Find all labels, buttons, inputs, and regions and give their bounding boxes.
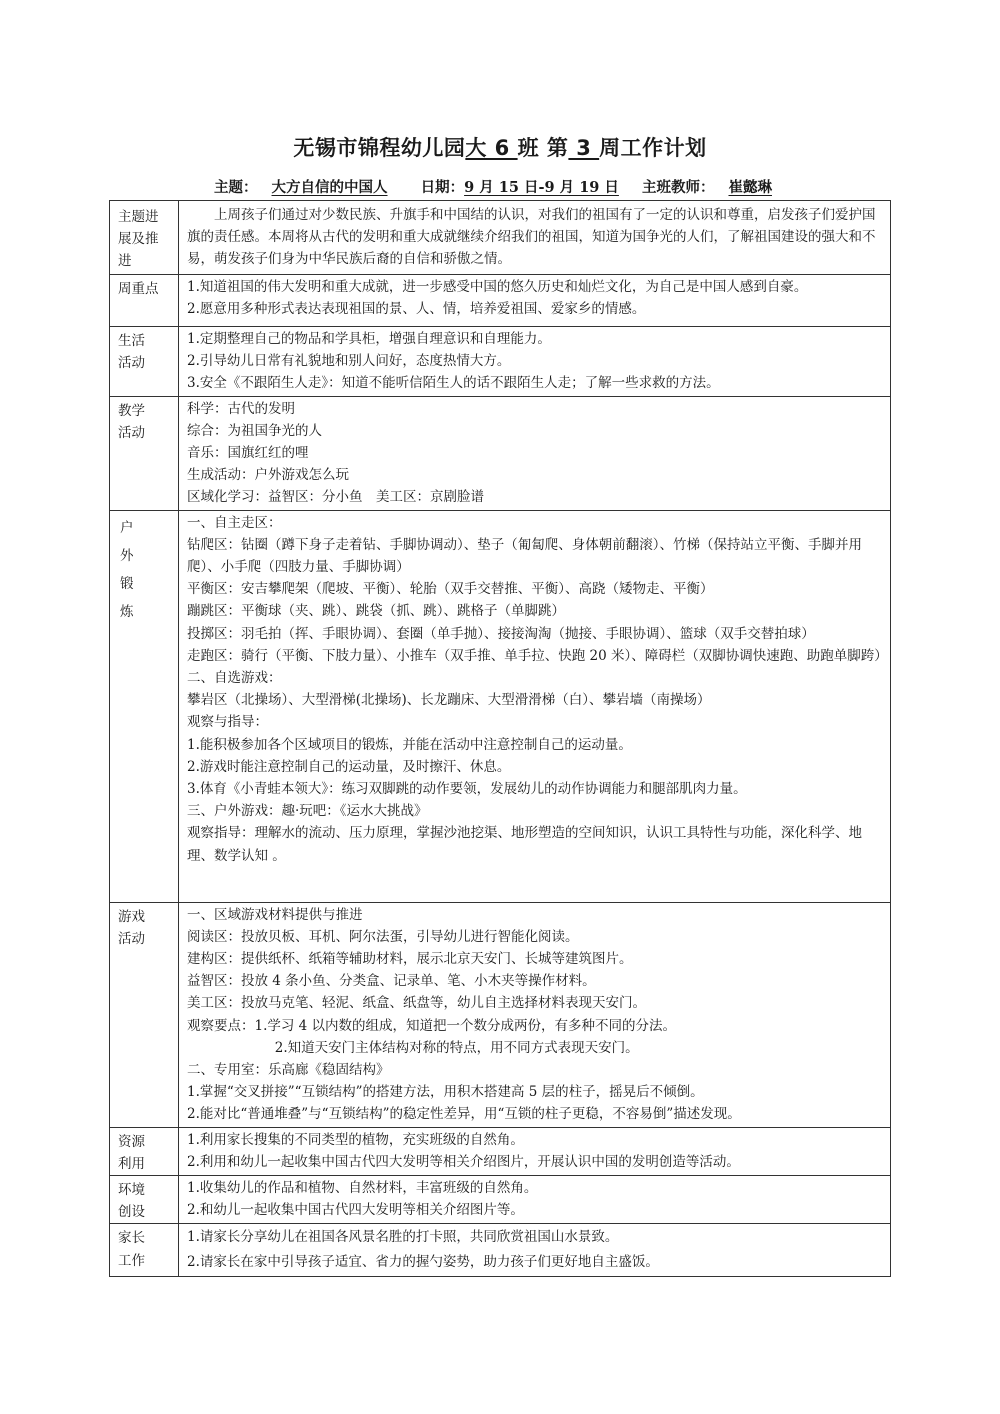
content-line: 蹦跳区：平衡球（夹、跳）、跳袋（抓、跳）、跳格子（单脚跳） <box>187 600 884 622</box>
label-line: 户 <box>118 514 178 542</box>
teacher-label: 主班教师： <box>642 179 715 196</box>
content-line: 钻爬区：钻圈（蹲下身子走着钻、手脚协调动）、垫子（匍匐爬、身体朝前翻滚）、竹梯（… <box>187 534 884 578</box>
table-row-games: 游戏 活动 一、区域游戏材料提供与推进 阅读区：投放贝板、耳机、阿尔法蛋，引导幼… <box>110 902 891 1127</box>
content-line: 综合：为祖国争光的人 <box>187 420 884 442</box>
content-line: 观察要点：1.学习 4 以内数的组成，知道把一个数分成两份，有多种不同的分法。 <box>187 1015 884 1037</box>
content-line: 1.收集幼儿的作品和植物、自然材料，丰富班级的自然角。 <box>187 1177 884 1199</box>
content-line: 2.知道天安门主体结构对称的特点，用不同方式表现天安门。 <box>187 1037 884 1059</box>
content-line: 一、区域游戏材料提供与推进 <box>187 904 884 926</box>
row-content-environment: 1.收集幼儿的作品和植物、自然材料，丰富班级的自然角。 2.和幼儿一起收集中国古… <box>179 1176 891 1224</box>
row-content-parents: 1.请家长分享幼儿在祖国各风景名胜的打卡照，共同欣赏祖国山水景致。 2.请家长在… <box>179 1224 891 1277</box>
page-title: 无锡市锦程幼儿园大 6 班 第 3 周工作计划 <box>0 132 1000 162</box>
table-row-daily-life: 生活 活动 1.定期整理自己的物品和学具柜，增强自理意识和自理能力。 2.引导幼… <box>110 327 891 397</box>
content-line: 攀岩区（北操场）、大型滑梯(北操场)、长龙蹦床、大型滑滑梯（白）、攀岩墙（南操场… <box>187 689 884 711</box>
content-line: 3.体育《小青蛙本领大》：练习双脚跳的动作要领，发展幼儿的动作协调能力和腿部肌肉… <box>187 778 884 800</box>
title-suffix: 周工作计划 <box>599 136 707 160</box>
content-line: 1.能积极参加各个区域项目的锻炼，并能在活动中注意控制自己的运动量。 <box>187 734 884 756</box>
content-line: 三、户外游戏：趣·玩吧：《运水大挑战》 <box>187 800 884 822</box>
label-line: 利用 <box>118 1153 178 1175</box>
theme-value: 大方自信的中国人 <box>258 176 402 197</box>
content-line: 3.安全《不跟陌生人走》：知道不能听信陌生人的话不跟陌生人走；了解一些求救的方法… <box>187 372 884 394</box>
row-content-outdoor-exercise: 一、自主走区： 钻爬区：钻圈（蹲下身子走着钻、手脚协调动）、垫子（匍匐爬、身体朝… <box>179 510 891 902</box>
date-value: 9 月 15 日-9 月 19 日 <box>464 176 623 197</box>
content-line: 建构区：提供纸杯、纸箱等辅助材料，展示北京天安门、长城等建筑图片。 <box>187 948 884 970</box>
content-line: 2.利用和幼儿一起收集中国古代四大发明等相关介绍图片，开展认识中国的发明创造等活… <box>187 1151 884 1173</box>
row-content-daily-life: 1.定期整理自己的物品和学具柜，增强自理意识和自理能力。 2.引导幼儿日常有礼貌… <box>179 327 891 397</box>
theme-label: 主题： <box>214 179 258 196</box>
content-line: 投掷区：羽毛拍（挥、手眼协调）、套圈（单手抛）、接接淘淘（抛接、手眼协调）、篮球… <box>187 623 884 645</box>
row-label-resources: 资源 利用 <box>110 1127 179 1175</box>
week-number: 3 <box>568 136 599 160</box>
label-line: 进 <box>118 250 178 272</box>
content-line: 上周孩子们通过对少数民族、升旗手和中国结的认识，对我们的祖国有了一定的认识和尊重… <box>187 204 884 271</box>
label-line: 家长 <box>118 1227 178 1249</box>
class-name: 大 6 <box>465 136 517 160</box>
row-content-teaching: 科学：古代的发明 综合：为祖国争光的人 音乐：国旗红红的哩 生成活动：户外游戏怎… <box>179 396 891 510</box>
label-line: 游戏 <box>118 906 178 928</box>
table-row-resources: 资源 利用 1.利用家长搜集的不同类型的植物，充实班级的自然角。 2.利用和幼儿… <box>110 1127 891 1175</box>
label-line: 工作 <box>118 1250 178 1272</box>
row-content-theme-progress: 上周孩子们通过对少数民族、升旗手和中国结的认识，对我们的祖国有了一定的认识和尊重… <box>179 201 891 275</box>
content-line: 平衡区：安吉攀爬架（爬坡、平衡）、轮胎（双手交替推、平衡）、高跷（矮物走、平衡） <box>187 578 884 600</box>
row-content-games: 一、区域游戏材料提供与推进 阅读区：投放贝板、耳机、阿尔法蛋，引导幼儿进行智能化… <box>179 902 891 1127</box>
class-suffix: 班 第 <box>518 136 569 160</box>
label-line: 展及推 <box>118 228 178 250</box>
content-line: 科学：古代的发明 <box>187 398 884 420</box>
content-line: 1.掌握“交叉拼接”“互锁结构”的搭建方法，用积木搭建高 5 层的柱子，摇晃后不… <box>187 1081 884 1103</box>
content-line: 1.知道祖国的伟大发明和重大成就，进一步感受中国的悠久历史和灿烂文化，为自己是中… <box>187 276 884 298</box>
label-line: 资源 <box>118 1131 178 1153</box>
content-line: 2.和幼儿一起收集中国古代四大发明等相关介绍图片等。 <box>187 1199 884 1221</box>
row-label-weekly-focus: 周重点 <box>110 275 179 327</box>
weekly-plan-table: 主题进 展及推 进 上周孩子们通过对少数民族、升旗手和中国结的认识，对我们的祖国… <box>109 200 891 1277</box>
content-line: 2.游戏时能注意控制自己的运动量，及时擦汗、休息。 <box>187 756 884 778</box>
content-line: 益智区：投放 4 条小鱼、分类盒、记录单、笔、小木夹等操作材料。 <box>187 970 884 992</box>
label-line: 创设 <box>118 1201 178 1223</box>
content-line: 2.引导幼儿日常有礼貌地和别人问好，态度热情大方。 <box>187 350 884 372</box>
table-row-theme-progress: 主题进 展及推 进 上周孩子们通过对少数民族、升旗手和中国结的认识，对我们的祖国… <box>110 201 891 275</box>
row-label-games: 游戏 活动 <box>110 902 179 1127</box>
label-line: 外 <box>118 542 178 570</box>
row-label-outdoor-exercise: 户 外 锻 炼 <box>110 510 179 902</box>
row-content-weekly-focus: 1.知道祖国的伟大发明和重大成就，进一步感受中国的悠久历史和灿烂文化，为自己是中… <box>179 275 891 327</box>
content-line: 二、自选游戏： <box>187 667 884 689</box>
table-row-teaching: 教学 活动 科学：古代的发明 综合：为祖国争光的人 音乐：国旗红红的哩 生成活动… <box>110 396 891 510</box>
row-content-resources: 1.利用家长搜集的不同类型的植物，充实班级的自然角。 2.利用和幼儿一起收集中国… <box>179 1127 891 1175</box>
content-line: 阅读区：投放贝板、耳机、阿尔法蛋，引导幼儿进行智能化阅读。 <box>187 926 884 948</box>
content-line: 走跑区：骑行（平衡、下肢力量）、小推车（双手推、单手拉、快跑 20 米）、障碍栏… <box>187 645 884 667</box>
content-line: 2.愿意用多种形式表达表现祖国的景、人、情，培养爱祖国、爱家乡的情感。 <box>187 298 884 320</box>
label-line: 教学 <box>118 400 178 422</box>
row-label-teaching: 教学 活动 <box>110 396 179 510</box>
label-line: 主题进 <box>118 206 178 228</box>
content-line: 区域化学习：益智区：分小鱼 美工区：京剧脸谱 <box>187 486 884 508</box>
row-label-theme-progress: 主题进 展及推 进 <box>110 201 179 275</box>
kindergarten-name: 无锡市锦程幼儿园 <box>293 136 465 160</box>
label-line: 生活 <box>118 330 178 352</box>
row-label-environment: 环境 创设 <box>110 1176 179 1224</box>
row-label-parents: 家长 工作 <box>110 1224 179 1277</box>
table-row-parents: 家长 工作 1.请家长分享幼儿在祖国各风景名胜的打卡照，共同欣赏祖国山水景致。 … <box>110 1224 891 1277</box>
row-label-daily-life: 生活 活动 <box>110 327 179 397</box>
label-line: 活动 <box>118 422 178 444</box>
label-line: 环境 <box>118 1179 178 1201</box>
label-line: 炼 <box>118 598 178 626</box>
content-line: 生成活动：户外游戏怎么玩 <box>187 464 884 486</box>
content-line: 美工区：投放马克笔、轻泥、纸盒、纸盘等，幼儿自主选择材料表现天安门。 <box>187 992 884 1014</box>
table-row-weekly-focus: 周重点 1.知道祖国的伟大发明和重大成就，进一步感受中国的悠久历史和灿烂文化，为… <box>110 275 891 327</box>
content-line: 1.请家长分享幼儿在祖国各风景名胜的打卡照，共同欣赏祖国山水景致。 <box>187 1225 884 1250</box>
content-line: 2.请家长在家中引导孩子适宜、省力的握勺姿势，助力孩子们更好地自主盛饭。 <box>187 1250 884 1275</box>
table-row-environment: 环境 创设 1.收集幼儿的作品和植物、自然材料，丰富班级的自然角。 2.和幼儿一… <box>110 1176 891 1224</box>
label-line: 活动 <box>118 352 178 374</box>
content-line: 1.利用家长搜集的不同类型的植物，充实班级的自然角。 <box>187 1129 884 1151</box>
label-line: 锻 <box>118 570 178 598</box>
content-line: 一、自主走区： <box>187 512 884 534</box>
content-line: 观察指导：理解水的流动、压力原理，掌握沙池挖渠、地形塑造的空间知识，认识工具特性… <box>187 822 884 866</box>
content-line: 观察与指导： <box>187 711 884 733</box>
plan-meta: 主题：大方自信的中国人 日期：9 月 15 日-9 月 19 日 主班教师：崔懿… <box>0 176 1000 197</box>
content-line: 二、专用室：乐高廊《稳固结构》 <box>187 1059 884 1081</box>
content-line: 音乐：国旗红红的哩 <box>187 442 884 464</box>
table-row-outdoor-exercise: 户 外 锻 炼 一、自主走区： 钻爬区：钻圈（蹲下身子走着钻、手脚协调动）、垫子… <box>110 510 891 902</box>
date-label: 日期： <box>421 179 465 196</box>
label-line: 活动 <box>118 928 178 950</box>
content-line: 2.能对比“普通堆叠”与“互锁结构”的稳定性差异，用“互锁的柱子更稳，不容易倒”… <box>187 1103 884 1125</box>
teacher-value: 崔懿琳 <box>714 176 786 197</box>
content-line: 1.定期整理自己的物品和学具柜，增强自理意识和自理能力。 <box>187 328 884 350</box>
